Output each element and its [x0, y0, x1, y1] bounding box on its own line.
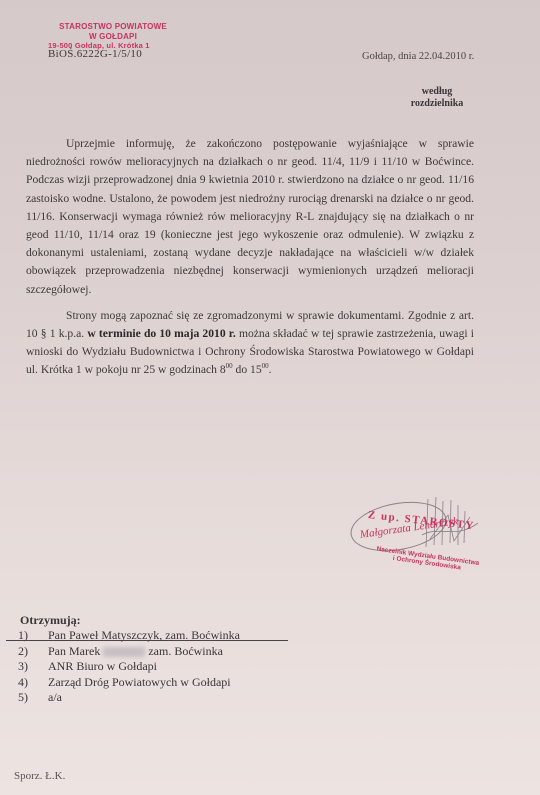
paragraph-2-end: .: [269, 363, 272, 376]
addressee-line-1: według: [382, 86, 492, 98]
letter-body: Uprzejmie informuję, że zakończono postę…: [26, 135, 474, 380]
recipient-text: ANR Biuro w Gołdapi: [48, 659, 157, 674]
reference-number: BiOŚ.6222G-1/5/10: [48, 48, 142, 60]
hour-to-minutes: 00: [262, 362, 269, 370]
paragraph-2: Strony mogą zapoznać się ze zgromadzonym…: [26, 307, 474, 380]
recipient-text: Pan Marekzam. Boćwinka: [48, 644, 223, 659]
recipient-number: 1): [16, 628, 48, 643]
redacted-surname: [103, 647, 145, 657]
prepared-by: Sporz. Ł.K.: [14, 770, 65, 782]
recipients-title: Otrzymują:: [16, 613, 296, 628]
date-line: Gołdap, dnia 22.04.2010 r.: [362, 51, 474, 62]
paragraph-2-text-c: do 15: [233, 363, 262, 376]
recipient-item: 2)Pan Marekzam. Boćwinka: [16, 644, 296, 659]
recipient-text-before: Pan Marek: [48, 644, 100, 658]
recipient-text: Pan Paweł Matyszczyk, zam. Boćwinka: [48, 628, 240, 643]
recipient-item: 5)a/a: [16, 690, 296, 705]
recipient-item: 4)Zarząd Dróg Powiatowych w Gołdapi: [16, 675, 296, 690]
stamp-line-1: STAROSTWO POWIATOWE: [48, 22, 178, 32]
addressee: według rozdzielnika: [382, 86, 492, 110]
recipient-divider-line: [6, 640, 288, 641]
signature-stamp: Z up. STAROSTY Małgorzata Lenarczyk Nacz…: [350, 495, 530, 575]
deadline-text: w terminie do 10 maja 2010 r.: [87, 327, 235, 340]
stamp-line-2: W GOŁDAPI: [48, 32, 178, 42]
addressee-line-2: rozdzielnika: [382, 98, 492, 110]
recipient-item: 3)ANR Biuro w Gołdapi: [16, 659, 296, 674]
recipient-number: 2): [16, 644, 48, 659]
paragraph-1: Uprzejmie informuję, że zakończono postę…: [26, 135, 474, 299]
hour-from-minutes: 00: [226, 362, 233, 370]
office-stamp: STAROSTWO POWIATOWE W GOŁDAPI 19-500 Goł…: [48, 22, 178, 51]
recipient-number: 4): [16, 675, 48, 690]
recipient-text: Zarząd Dróg Powiatowych w Gołdapi: [48, 675, 231, 690]
recipient-text: a/a: [48, 690, 62, 705]
recipient-number: 3): [16, 659, 48, 674]
recipient-number: 5): [16, 690, 48, 705]
recipient-item: 1)Pan Paweł Matyszczyk, zam. Boćwinka: [16, 628, 296, 643]
recipient-text-after: zam. Boćwinka: [148, 644, 223, 658]
recipients-list: Otrzymują: 1)Pan Paweł Matyszczyk, zam. …: [16, 613, 296, 705]
